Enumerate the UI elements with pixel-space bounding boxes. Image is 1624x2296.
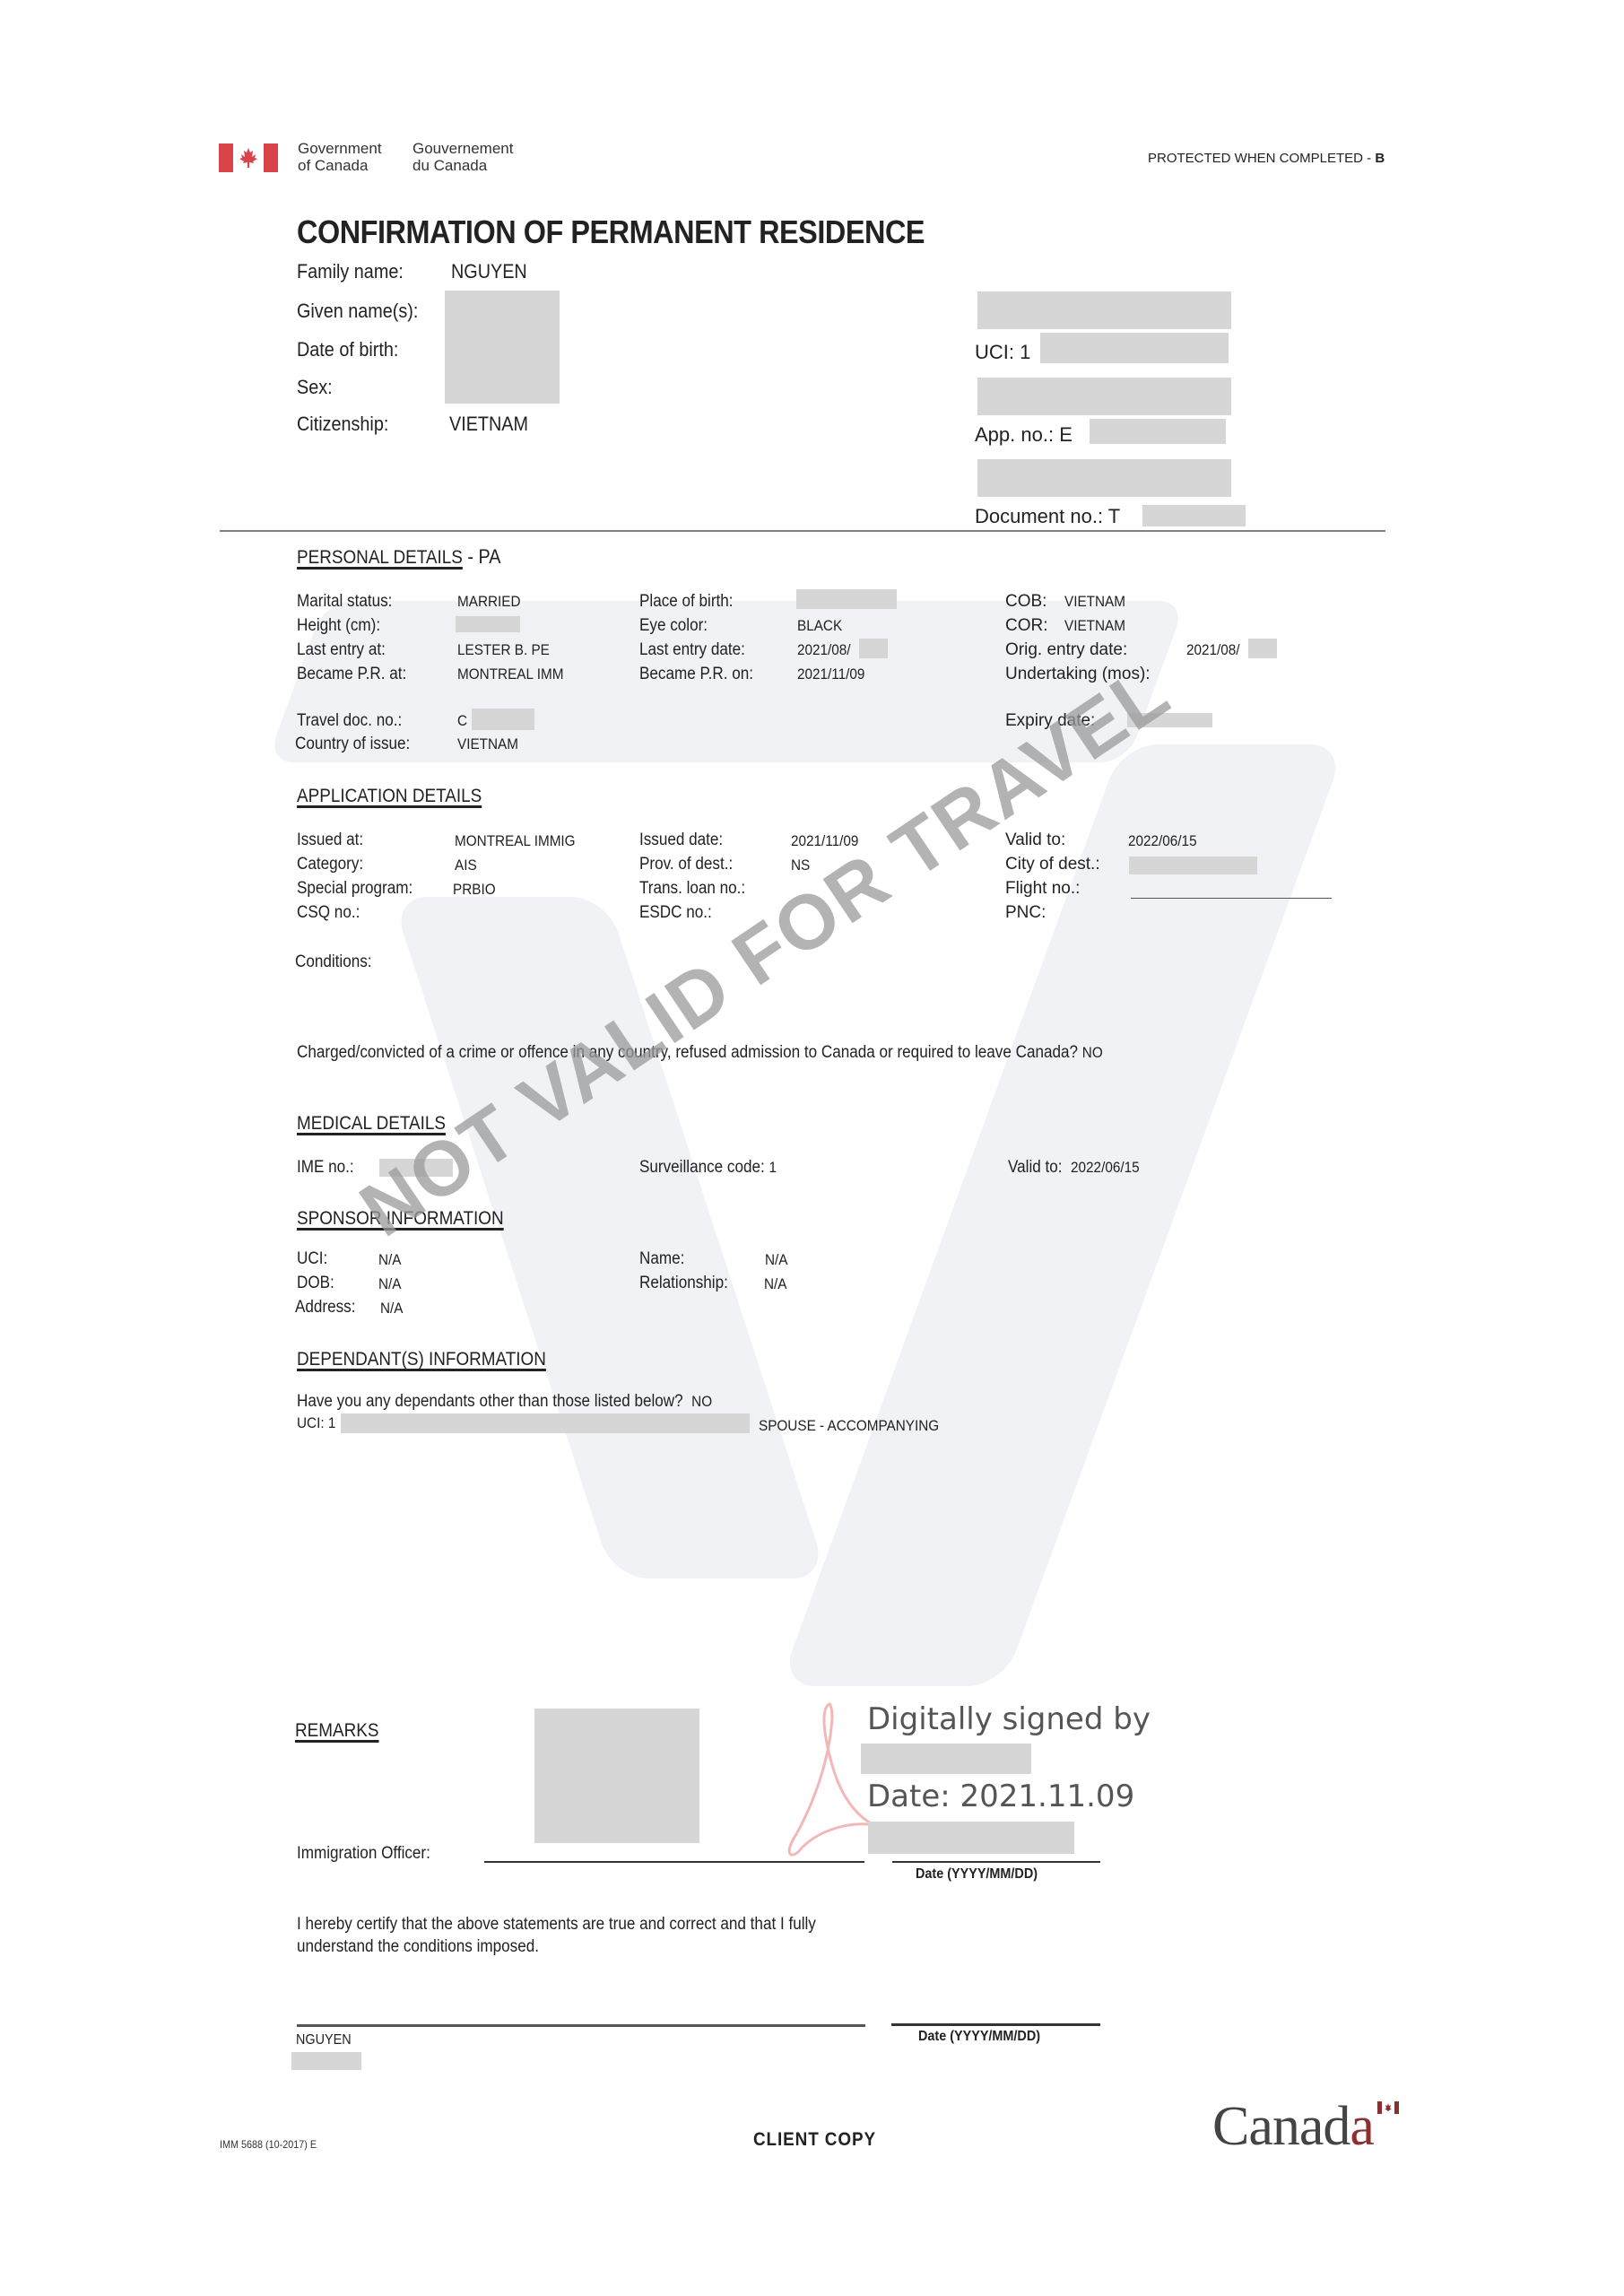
became-pr-on-label: Became P.R. on: xyxy=(639,665,753,684)
orig-entry-date-value: 2021/08/ xyxy=(1186,641,1240,659)
date-of-birth-label: Date of birth: xyxy=(297,338,398,361)
became-pr-at-value: MONTREAL IMM xyxy=(457,665,563,683)
government-of-canada-en: Government of Canada xyxy=(298,140,382,174)
medical-valid-to-value: 2022/06/15 xyxy=(1071,1159,1140,1176)
eye-color-label: Eye color: xyxy=(639,616,708,636)
special-program-value: PRBIO xyxy=(453,881,496,899)
surveillance-code-value: 1 xyxy=(769,1159,777,1176)
csq-no-label: CSQ no.: xyxy=(297,903,360,923)
flight-no-label: Flight no.: xyxy=(1005,879,1080,899)
travel-doc-label: Travel doc. no.: xyxy=(297,711,402,731)
family-name-value: NGUYEN xyxy=(451,260,527,283)
place-of-birth-label: Place of birth: xyxy=(639,592,734,612)
officer-date-line[interactable] xyxy=(892,1861,1100,1863)
last-entry-at-value: LESTER B. PE xyxy=(457,641,550,659)
sponsor-address-label: Address: xyxy=(295,1298,355,1318)
gov-fr-line2: du Canada xyxy=(413,157,513,174)
protected-level: B xyxy=(1375,151,1385,166)
protected-label: PROTECTED WHEN COMPLETED - xyxy=(1148,151,1375,166)
given-names-label: Given name(s): xyxy=(297,300,418,323)
client-copy-label: CLIENT COPY xyxy=(753,2129,876,2151)
prov-dest-label: Prov. of dest.: xyxy=(639,855,733,874)
government-of-canada-fr: Gouvernement du Canada xyxy=(413,140,513,174)
form-code: IMM 5688 (10-2017) E xyxy=(220,2138,317,2151)
remarks-heading: REMARKS xyxy=(295,1720,378,1742)
special-program-label: Special program: xyxy=(297,879,413,899)
cob-value: VIETNAM xyxy=(1064,593,1125,611)
protected-classification: PROTECTED WHEN COMPLETED - B xyxy=(1148,151,1385,166)
last-entry-date-label: Last entry date: xyxy=(639,640,745,660)
page-title: CONFIRMATION OF PERMANENT RESIDENCE xyxy=(297,213,925,251)
pnc-label: PNC: xyxy=(1005,903,1046,923)
redacted-app-barcode xyxy=(977,378,1231,415)
redacted-officer-stamp xyxy=(534,1709,699,1843)
sponsor-name-value: N/A xyxy=(765,1251,788,1269)
medical-valid-to-label: Valid to: 2022/06/15 xyxy=(1008,1158,1140,1178)
sponsor-dob-value: N/A xyxy=(378,1275,402,1293)
esdc-no-label: ESDC no.: xyxy=(639,903,712,923)
app-no-label: App. no.: E xyxy=(975,423,1073,447)
immigration-officer-label: Immigration Officer: xyxy=(297,1844,430,1864)
officer-date-format: Date (YYYY/MM/DD) xyxy=(916,1866,1038,1883)
category-label: Category: xyxy=(297,855,363,874)
last-entry-at-label: Last entry at: xyxy=(297,640,386,660)
issued-at-value: MONTREAL IMMIG xyxy=(455,832,576,850)
redacted-uci-barcode xyxy=(977,291,1231,329)
orig-entry-date-label: Orig. entry date: xyxy=(1005,640,1127,660)
citizenship-label: Citizenship: xyxy=(297,413,388,436)
signer-name: NGUYEN xyxy=(296,2032,352,2048)
redacted-last-entry-day xyxy=(859,639,888,658)
client-date-line[interactable] xyxy=(891,2023,1100,2026)
sponsor-relationship-label: Relationship: xyxy=(639,1274,728,1293)
dependants-answer: NO xyxy=(691,1393,712,1410)
became-pr-on-value: 2021/11/09 xyxy=(797,665,864,683)
redacted-height xyxy=(456,616,520,632)
sponsor-uci-value: N/A xyxy=(378,1251,402,1269)
document-no-prefix: T xyxy=(1108,505,1120,527)
redacted-dependant-uci xyxy=(341,1413,750,1433)
sponsor-uci-label: UCI: xyxy=(297,1249,327,1269)
sponsor-dob-label: DOB: xyxy=(297,1274,334,1293)
redacted-document-no xyxy=(1142,505,1246,526)
canada-flag-icon xyxy=(219,143,278,172)
certification-line2: understand the conditions imposed. xyxy=(297,1937,539,1957)
client-date-format: Date (YYYY/MM/DD) xyxy=(918,2029,1040,2045)
cob-label: COB: xyxy=(1005,592,1046,612)
redacted-travel-doc xyxy=(472,709,534,730)
ime-no-label: IME no.: xyxy=(297,1158,354,1178)
client-signature-line[interactable] xyxy=(297,2024,865,2027)
redacted-uci xyxy=(1040,333,1229,363)
height-label: Height (cm): xyxy=(297,616,380,636)
redacted-signature-time xyxy=(868,1822,1074,1854)
family-name-label: Family name: xyxy=(297,260,404,283)
sex-label: Sex: xyxy=(297,376,333,399)
gov-en-line2: of Canada xyxy=(298,157,382,174)
category-value: AIS xyxy=(455,857,477,874)
adobe-signature-icon xyxy=(780,1700,879,1861)
personal-details-heading: PERSONAL DETAILS - PA xyxy=(297,545,500,569)
surveillance-code-label: Surveillance code: 1 xyxy=(639,1158,777,1178)
canada-wordmark: Canada xyxy=(1212,2095,1374,2159)
gov-en-line1: Government xyxy=(298,140,382,157)
dependants-question: Have you any dependants other than those… xyxy=(297,1392,712,1412)
marital-status-label: Marital status: xyxy=(297,592,392,612)
issued-at-label: Issued at: xyxy=(297,831,363,850)
document-no-label: Document no.: T xyxy=(975,505,1120,528)
became-pr-at-label: Became P.R. at: xyxy=(297,665,406,684)
redacted-place-of-birth xyxy=(796,589,897,609)
gov-fr-line1: Gouvernement xyxy=(413,140,513,157)
city-dest-label: City of dest.: xyxy=(1005,855,1100,874)
country-of-issue-value: VIETNAM xyxy=(457,735,518,753)
cor-label: COR: xyxy=(1005,616,1048,636)
travel-doc-prefix: C xyxy=(457,712,467,730)
country-of-issue-label: Country of issue: xyxy=(295,735,410,754)
app-no-prefix: E xyxy=(1059,423,1073,446)
conditions-label: Conditions: xyxy=(295,952,372,972)
cor-value: VIETNAM xyxy=(1064,617,1125,635)
citizenship-value: VIETNAM xyxy=(449,413,528,436)
dependants-heading: DEPENDANT(S) INFORMATION xyxy=(297,1349,546,1370)
eye-color-value: BLACK xyxy=(797,617,842,635)
redacted-orig-entry-day xyxy=(1248,639,1277,658)
officer-signature-line[interactable] xyxy=(484,1861,864,1863)
redacted-signer-given-name xyxy=(291,2052,361,2070)
canada-wordmark-flag-icon xyxy=(1377,2101,1399,2114)
issued-date-label: Issued date: xyxy=(639,831,723,850)
header-divider xyxy=(220,530,1385,532)
application-details-heading: APPLICATION DETAILS xyxy=(297,786,482,807)
criminal-answer: NO xyxy=(1082,1044,1103,1061)
sponsor-address-value: N/A xyxy=(380,1300,404,1318)
uci-prefix: 1 xyxy=(1020,341,1030,363)
digitally-signed-by: Digitally signed by xyxy=(867,1701,1151,1737)
valid-to-value: 2022/06/15 xyxy=(1128,832,1197,850)
redacted-doc-barcode xyxy=(977,459,1231,497)
sponsor-name-label: Name: xyxy=(639,1249,684,1269)
dependant-relation: SPOUSE - ACCOMPANYING xyxy=(759,1417,939,1435)
uci-label: UCI: 1 xyxy=(975,341,1030,364)
redacted-app-no xyxy=(1090,419,1226,444)
last-entry-date-value: 2021/08/ xyxy=(797,641,851,659)
dependant-uci: UCI: 1 xyxy=(297,1414,335,1432)
flight-no-underline xyxy=(1131,898,1332,899)
trans-loan-label: Trans. loan no.: xyxy=(639,879,745,899)
redacted-city-dest xyxy=(1129,857,1257,874)
marital-status-value: MARRIED xyxy=(457,593,521,611)
sponsor-relationship-value: N/A xyxy=(764,1275,787,1293)
certification-line1: I hereby certify that the above statemen… xyxy=(297,1915,816,1935)
redacted-signer-name xyxy=(861,1744,1031,1774)
digital-signature-date: Date: 2021.11.09 xyxy=(867,1779,1134,1814)
redacted-personal-info xyxy=(445,291,560,404)
